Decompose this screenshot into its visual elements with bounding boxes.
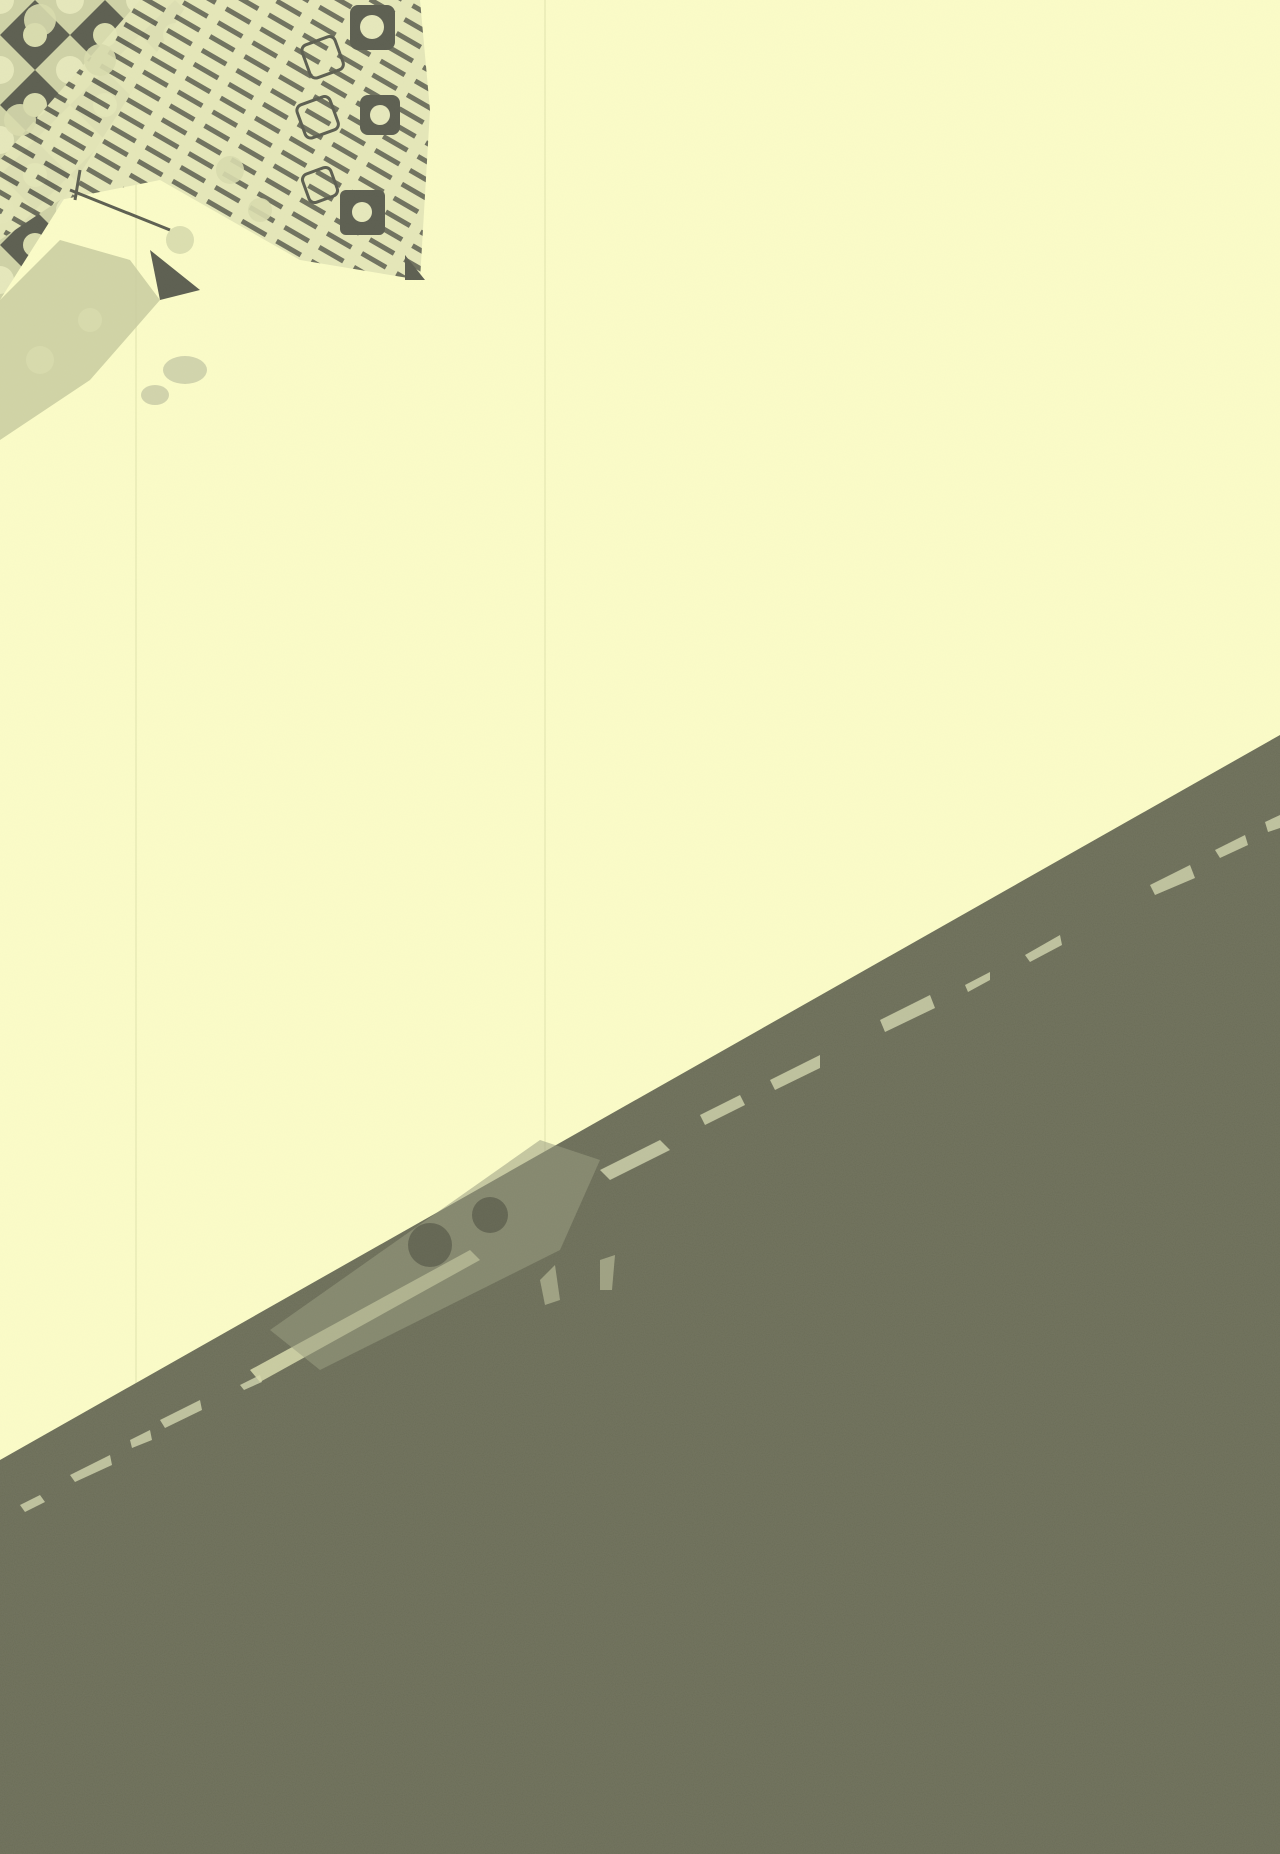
- endpaper-artwork: [0, 0, 1280, 1854]
